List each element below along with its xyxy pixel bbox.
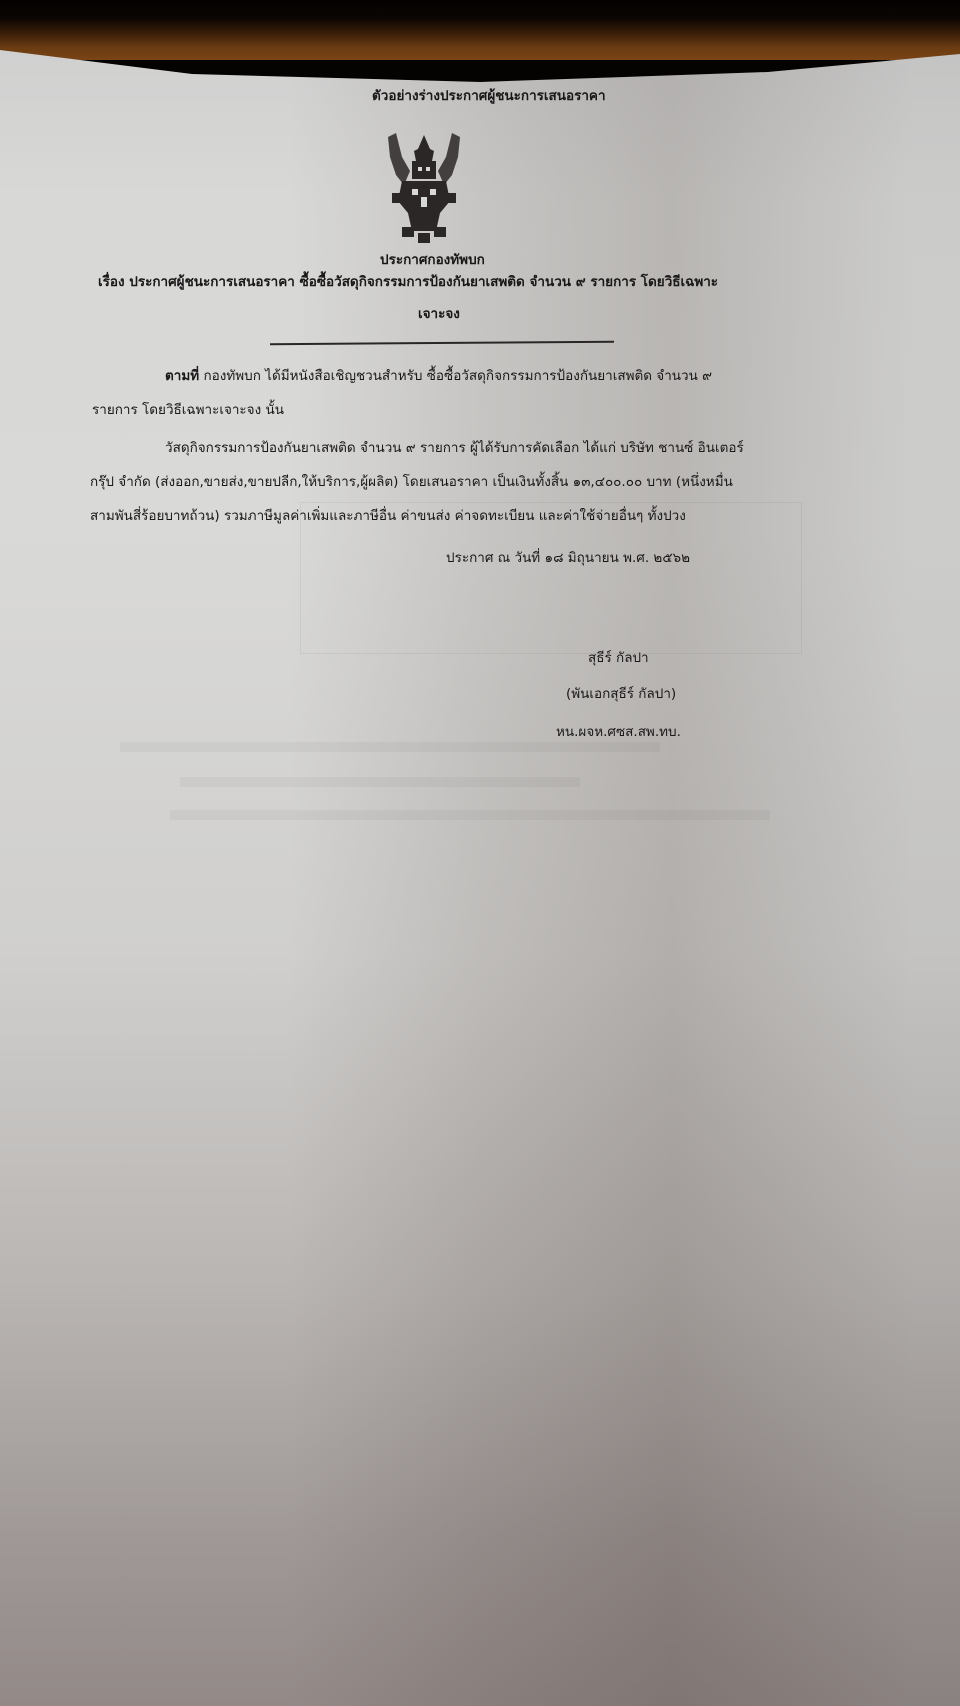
subject-label: เรื่อง (98, 274, 125, 290)
paragraph-2-line-1: วัสดุกิจกรรมการป้องกันยาเสพติด จำนวน ๙ ร… (165, 436, 744, 458)
announcement-date: ประกาศ ณ วันที่ ๑๘ มิถุนายน พ.ศ. ๒๕๖๒ (446, 546, 690, 568)
show-through-text (170, 810, 770, 820)
show-through-text (180, 777, 580, 787)
desk-background (0, 0, 960, 60)
signature-signed-name: สุธีร์ กัลปา (588, 646, 649, 668)
paragraph-1-line-1: ตามที่ กองทัพบก ได้มีหนังสือเชิญชวนสำหรั… (165, 364, 712, 386)
paragraph-2-line-3: สามพันสี่ร้อยบาทถ้วน) รวมภาษีมูลค่าเพิ่ม… (90, 504, 686, 526)
paragraph-1-text: กองทัพบก ได้มีหนังสือเชิญชวนสำหรับ ซื้อซ… (203, 368, 712, 384)
show-through-text (120, 742, 660, 752)
issuer-heading: ประกาศกองทัพบก (380, 248, 485, 270)
paragraph-1-line-2: รายการ โดยวิธีเฉพาะเจาะจง นั้น (92, 398, 284, 420)
garuda-emblem-icon (382, 127, 466, 247)
divider-line (270, 341, 614, 345)
signature-full-name: (พันเอกสุธีร์ กัลปา) (566, 682, 676, 704)
subject-text: ประกาศผู้ชนะการเสนอราคา ซื้อซื้อวัสดุกิจ… (129, 274, 718, 290)
paragraph-2-line-2: กรุ๊ป จำกัด (ส่งออก,ขายส่ง,ขายปลีก,ให้บร… (90, 470, 733, 492)
subject-continuation: เจาะจง (418, 302, 460, 324)
document-page: ตัวอย่างร่างประกาศผู้ชนะการเสนอราคา ประก… (0, 32, 960, 1706)
signature-position: หน.ผจห.ศซส.สพ.ทบ. (556, 720, 681, 742)
paragraph-1-label: ตามที่ (165, 368, 199, 384)
draft-title: ตัวอย่างร่างประกาศผู้ชนะการเสนอราคา (372, 84, 606, 106)
subject-line: เรื่อง ประกาศผู้ชนะการเสนอราคา ซื้อซื้อว… (98, 270, 718, 292)
